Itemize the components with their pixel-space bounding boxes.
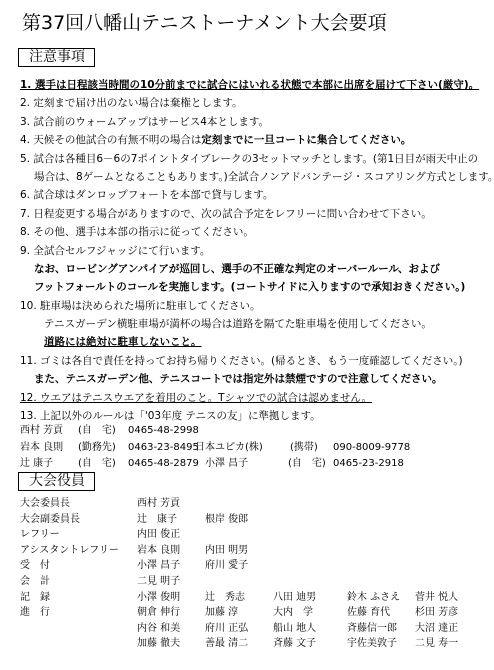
officer-name: 八田 迪男 — [273, 588, 316, 603]
rule-3: 3. 試合前のウォームアップはサービス4本とします。 — [20, 113, 490, 131]
contact-name: 辻 康子 — [20, 456, 53, 473]
officer-name: 加藤 淳 — [205, 603, 238, 618]
contact-type-2: (自 宅) — [288, 456, 326, 473]
contact-name: 西村 芳貢 — [20, 423, 63, 440]
officer-role: 受 付 — [20, 556, 50, 571]
officer-name: 辻 秀志 — [205, 588, 245, 603]
officer-name: 斉藤 文子 — [273, 634, 316, 649]
officer-name: 二見 寿一 — [415, 634, 458, 649]
officer-name: 根岸 俊郎 — [205, 510, 248, 525]
officer-name: 府川 愛子 — [205, 556, 248, 571]
rule-10-warning: 道路には絶対に駐車しないこと。 — [20, 333, 202, 351]
officer-name: 佐藤 育代 — [347, 603, 390, 618]
rules-list: 1. 選手は日程該当時間の10分前までに試合にはいれる状態で本部に出席を届けて下… — [20, 76, 490, 425]
rule-4-plain: 4. 天候その他試合の有無不明の場合は — [20, 134, 201, 146]
officer-role: 進 行 — [20, 603, 50, 618]
officer-name: 善最 清二 — [205, 634, 248, 649]
officer-role: 会 計 — [20, 572, 50, 587]
officer-name: 菅井 悦人 — [415, 588, 458, 603]
rule-9: 9. 全試合セルフジャッジにて行います。 — [20, 242, 490, 260]
contact-name-2: 小澤 昌子 — [205, 456, 248, 473]
officer-name: 加藤 徹夫 — [137, 634, 180, 649]
officer-name: 朝倉 伸行 — [137, 603, 180, 618]
rule-5: 5. 試合は各種目6－6の7ポイントタイブレークの3セットマッチとします。(第1… — [20, 150, 490, 168]
rule-4: 4. 天候その他試合の有無不明の場合は定刻までに一旦コートに集合してください。 — [20, 131, 490, 149]
contact-phone-2: 090-8009-9778 — [333, 440, 410, 457]
officer-name: 西村 芳貢 — [137, 494, 180, 509]
officer-role: 大会委員長 — [20, 494, 70, 509]
rule-9-note-2: フットフォールトのコールを実施します。(コートサイドに入りますので承知おきくださ… — [20, 278, 490, 296]
officer-name: 大内 学 — [273, 603, 313, 618]
rule-9-note-1: なお、ロービングアンパイアが巡回し、選手の不正確な判定のオーバールール、および — [20, 260, 490, 278]
rule-11: 11. ゴミは各自で責任を持ってお持ち帰りください。(帰るとき、もう一度確認して… — [20, 352, 490, 370]
officer-name: 大沼 達正 — [415, 619, 458, 634]
officer-name: 船山 地人 — [273, 619, 316, 634]
contact-company: 日本ユピカ(株) — [195, 440, 263, 457]
officer-role: レフリー — [20, 525, 60, 540]
rule-10: 10. 駐車場は決められた場所に駐車してください。 — [20, 297, 490, 315]
contact-name: 岩本 良則 — [20, 440, 63, 457]
officer-name: 辻 康子 — [137, 510, 177, 525]
officer-name: 小澤 昌子 — [137, 556, 180, 571]
officer-name: 斉藤信一郎 — [347, 619, 397, 634]
contact-phone: 0465-48-2998 — [128, 423, 199, 440]
rule-8: 8. その他、選手は本部の指示に従ってください。 — [20, 223, 490, 241]
officer-role: 大会副委員長 — [20, 510, 80, 525]
officer-name: 内谷 和美 — [137, 619, 180, 634]
officer-role: アシスタントレフリー — [20, 541, 119, 556]
rule-6: 6. 試合球はダンロップフォートを本部で貸与します。 — [20, 186, 490, 204]
officer-name: 小澤 俊明 — [137, 588, 180, 603]
officer-name: 岩本 良則 — [137, 541, 180, 556]
officer-name: 宇佐美敦子 — [347, 634, 397, 649]
notice-section-heading: 注意事項 — [18, 48, 95, 67]
officer-name: 内田 俊正 — [137, 525, 180, 540]
officer-name: 府川 正弘 — [205, 619, 248, 634]
rule-1: 1. 選手は日程該当時間の10分前までに試合にはいれる状態で本部に出席を届けて下… — [20, 76, 490, 94]
contact-phone: 0465-48-2879 — [128, 456, 199, 473]
contact-phone-2: 0465-23-2918 — [333, 456, 404, 473]
rule-4-bold: 定刻までに一旦コートに集合してください。 — [201, 134, 411, 146]
officer-name: 二見 明子 — [137, 572, 180, 587]
officer-name: 内田 明男 — [205, 541, 248, 556]
contact-type-2: (携帯) — [290, 440, 318, 457]
contact-type: (自 宅) — [78, 456, 116, 473]
rule-10-note: テニスガーデン横駐車場が満杯の場合は道路を隔てた駐車場を使用してください。 — [20, 315, 490, 333]
rule-2: 2. 定刻まで届け出のない場合は棄権とします。 — [20, 94, 490, 112]
contact-type: (自 宅) — [78, 423, 116, 440]
rule-7: 7. 日程変更する場合がありますので、次の試合予定をレフリーに問い合わせて下さい… — [20, 205, 490, 223]
officer-name: 鈴木 ふさえ — [347, 588, 400, 603]
rule-5-cont: 場合は、8ゲームとなることもあります。)全試合ノンアドバンテージ・スコアリング方… — [20, 168, 490, 186]
rule-12: 12. ウエアはテニスウエアを着用のこと。Tシャツでの試合は認めません。 — [20, 389, 490, 407]
contact-phone: 0463-23-8495 — [128, 440, 199, 457]
officers-section-heading: 大会役員 — [18, 472, 95, 491]
officer-role: 記 録 — [20, 588, 50, 603]
rule-11-note: また、テニスガーデン他、テニスコートでは指定外は禁煙ですので注意してください。 — [20, 370, 490, 388]
officer-name: 杉田 芳彦 — [415, 603, 458, 618]
page-title: 第37回八幡山テニストーナメント大会要項 — [22, 8, 387, 35]
contact-type: (勤務先) — [78, 440, 116, 457]
